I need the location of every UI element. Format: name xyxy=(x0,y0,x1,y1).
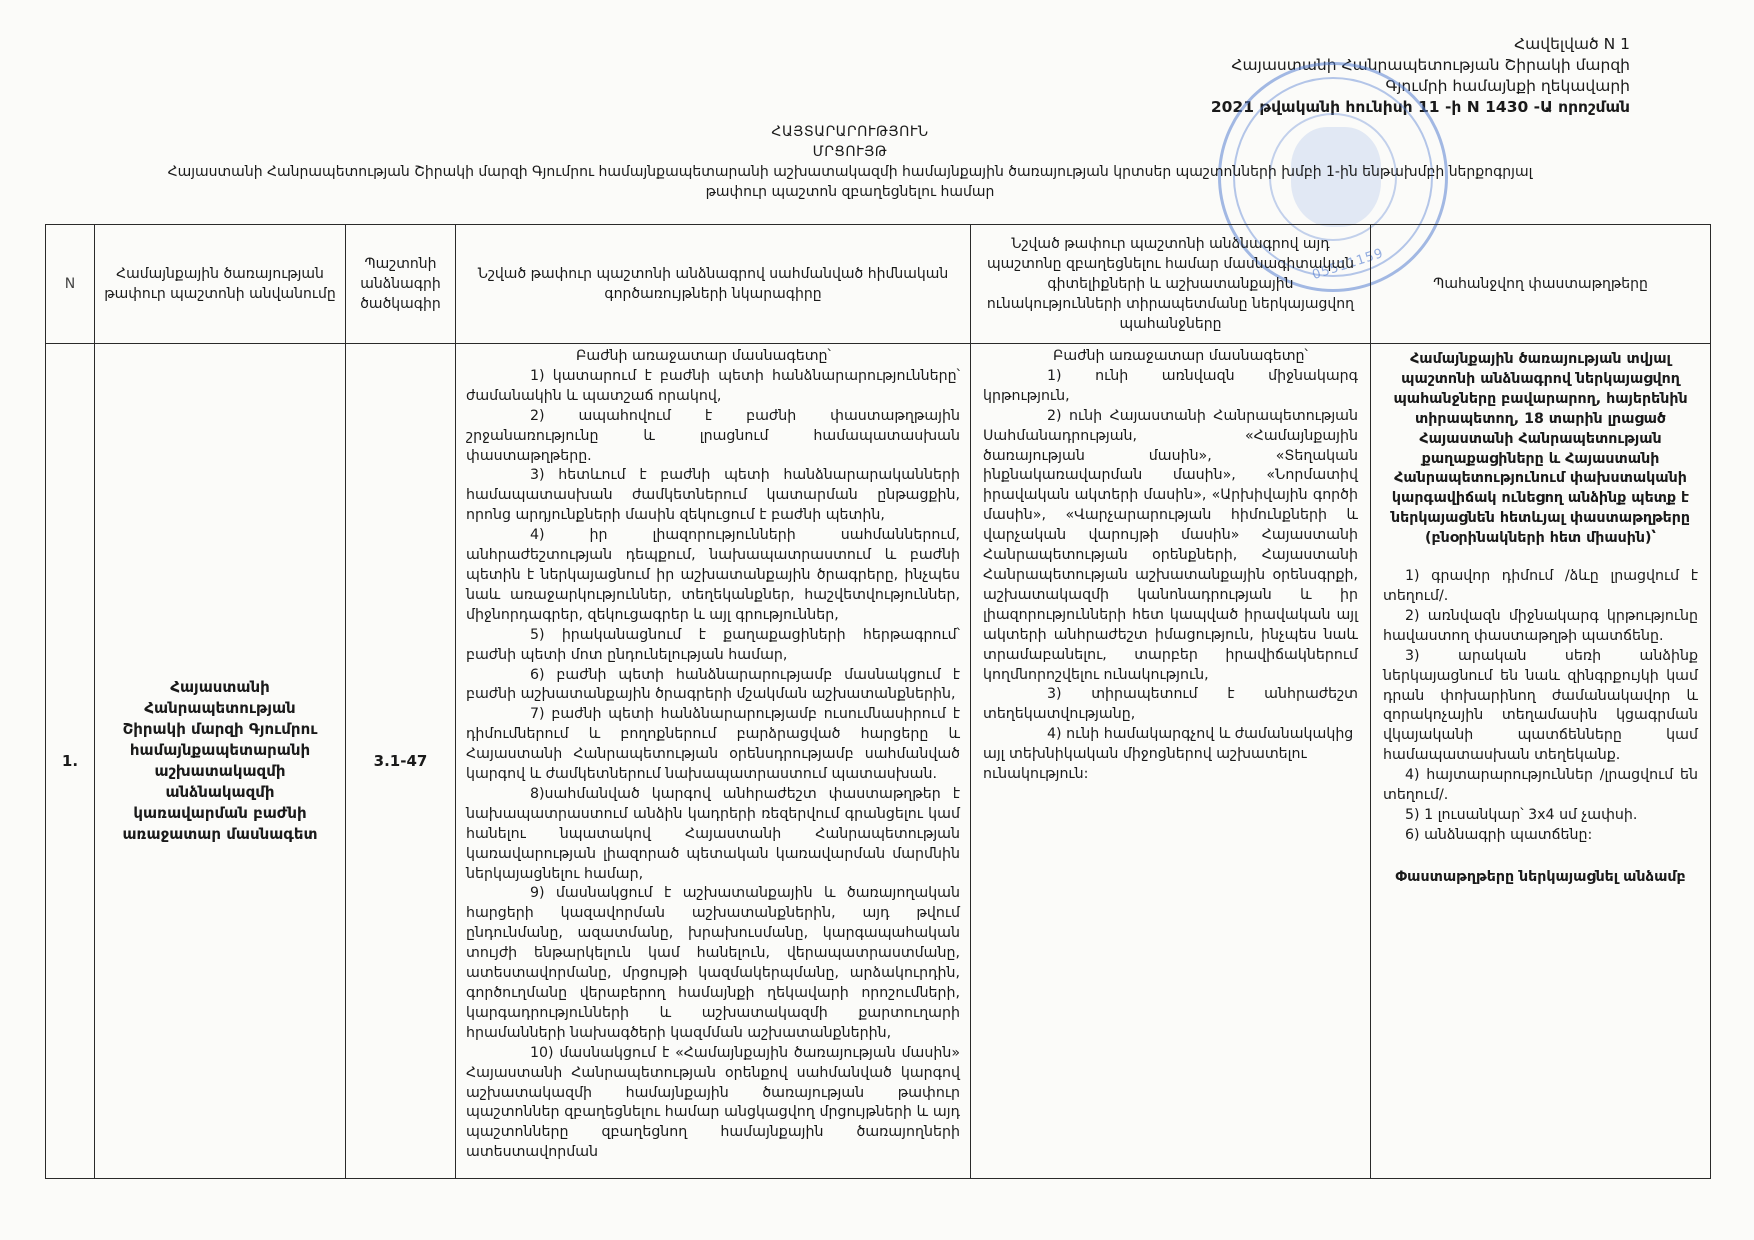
requirements-lead: Բաժնի առաջատար մասնագետը՝ xyxy=(983,347,1358,367)
annex-header: Հավելված N 1 Հայաստանի Հանրապետության Շի… xyxy=(1211,34,1630,118)
documents-footer: Փաստաթղթերը ներկայացնել անձամբ xyxy=(1383,868,1698,888)
documents-item: 3) արական սեռի անձինք ներկայացնում են նա… xyxy=(1383,647,1698,766)
description-item: 4) իր լիազորությունների սահմաններում, ան… xyxy=(466,526,960,626)
description-lead: Բաժնի առաջատար մասնագետը՝ xyxy=(466,347,960,367)
requirements-item: 2) ունի Հայաստանի Հանրապետության Սահմանա… xyxy=(983,407,1358,686)
documents-item: 5) 1 լուսանկար՝ 3x4 սմ չափսի. xyxy=(1383,806,1698,826)
title-subject-cont: թափուր պաշտոն զբաղեցնելու համար xyxy=(150,182,1550,202)
annex-number: Հավելված N 1 xyxy=(1211,34,1630,55)
row-description: Բաժնի առաջատար մասնագետը՝ 1) կատարում է … xyxy=(456,344,971,1179)
description-item: 3) հետևում է բաժնի պետի հանձնարարականներ… xyxy=(466,466,960,526)
requirements-item: 4) ունի համակարգչով և ժամանակակից այլ տե… xyxy=(983,725,1358,785)
requirements-item: 1) ունի առնվազն միջնակարգ կրթություն, xyxy=(983,367,1358,407)
description-item: 6) բաժնի պետի հանձնարարությամբ մասնակցու… xyxy=(466,666,960,706)
row-documents: Համայնքային ծառայության տվյալ պաշտոնի ան… xyxy=(1371,344,1711,1179)
title-announcement: ՀԱՅՏԱՐԱՐՈՒԹՅՈՒՆ xyxy=(150,122,1550,142)
header-requirements: Նշված թափուր պաշտոնի անձնագրով այդ պաշտո… xyxy=(971,225,1371,344)
documents-item: 2) առնվազն միջնակարգ կրթությունը հավաստո… xyxy=(1383,607,1698,647)
description-item: 2) ապահովում է բաժնի փաստաթղթային շրջանա… xyxy=(466,407,960,467)
title-competition: ՄՐՑՈՒՅԹ xyxy=(150,142,1550,162)
header-description: Նշված թափուր պաշտոնի անձնագրով սահմանված… xyxy=(456,225,971,344)
header-documents: Պահանջվող փաստաթղթերը xyxy=(1371,225,1711,344)
description-item: 7) բաժնի պետի հանձնարարությամբ ուսումնաս… xyxy=(466,705,960,785)
document-title: ՀԱՅՏԱՐԱՐՈՒԹՅՈՒՆ ՄՐՑՈՒՅԹ Հայաստանի Հանրապ… xyxy=(150,122,1550,202)
annex-region: Հայաստանի Հանրապետության Շիրակի մարզի xyxy=(1211,55,1630,76)
table-row: 1. Հայաստանի Հանրապետության Շիրակի մարզի… xyxy=(46,344,1711,1179)
row-number: 1. xyxy=(46,344,95,1179)
documents-intro: Համայնքային ծառայության տվյալ պաշտոնի ան… xyxy=(1383,350,1698,549)
documents-item: 6) անձնագրի պատճենը: xyxy=(1383,826,1698,846)
documents-item: 4) հայտարարություններ /լրացվում են տեղու… xyxy=(1383,766,1698,806)
description-item: 10) մասնակցում է «Համայնքային ծառայությա… xyxy=(466,1044,960,1163)
header-position-name: Համայնքային ծառայության թափուր պաշտոնի ա… xyxy=(95,225,346,344)
row-position-name: Հայաստանի Հանրապետության Շիրակի մարզի Գյ… xyxy=(95,344,346,1179)
description-item: 5) իրականացնում է քաղաքացիների հերթագրու… xyxy=(466,626,960,666)
description-item: 9) մասնակցում է աշխատանքային և ծառայողակ… xyxy=(466,884,960,1043)
annex-authority: Գյումրի համայնքի ղեկավարի xyxy=(1211,76,1630,97)
vacancy-table: N Համայնքային ծառայության թափուր պաշտոնի… xyxy=(45,224,1711,1179)
row-requirements: Բաժնի առաջատար մասնագետը՝ 1) ունի առնվազ… xyxy=(971,344,1371,1179)
table-header-row: N Համայնքային ծառայության թափուր պաշտոնի… xyxy=(46,225,1711,344)
header-code: Պաշտոնի անձնագրի ծածկագիր xyxy=(346,225,456,344)
description-item: 8)սահմանված կարգով անհրաժեշտ փաստաթղթեր … xyxy=(466,785,960,885)
title-subject: Հայաստանի Հանրապետության Շիրակի մարզի Գյ… xyxy=(150,162,1550,182)
header-number: N xyxy=(46,225,95,344)
description-item: 1) կատարում է բաժնի պետի հանձնարարությու… xyxy=(466,367,960,407)
annex-decision: 2021 թվականի հունիսի 11 -ի N 1430 -Ա որո… xyxy=(1211,97,1630,118)
requirements-item: 3) տիրապետում է անհրաժեշտ տեղեկատվության… xyxy=(983,685,1358,725)
documents-item: 1) գրավոր դիմում /ձևը լրացվում է տեղում/… xyxy=(1383,567,1698,607)
row-code: 3.1-47 xyxy=(346,344,456,1179)
